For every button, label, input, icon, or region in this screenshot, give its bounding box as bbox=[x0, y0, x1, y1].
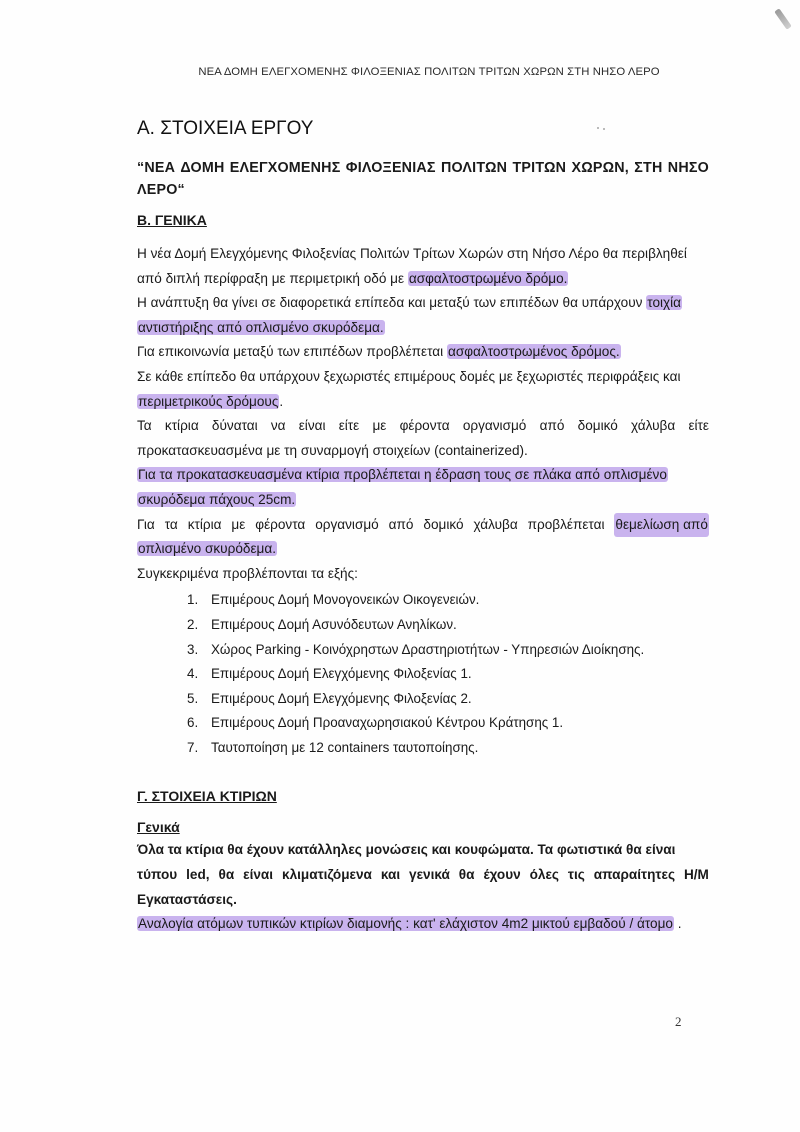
highlight: θεμελίωση από bbox=[614, 513, 708, 538]
list-item-text: Επιμέρους Δομή Μονογονεικών Οικογενειών. bbox=[211, 592, 479, 607]
document-body: Α. ΣΤΟΙΧΕΙΑ ΕΡΓΟΥ “ΝΕΑΔΟΜΗΕΛΕΓΧΟΜΕΝΗΣΦΙΛ… bbox=[137, 118, 709, 937]
facilities-list: 1.Επιμέρους Δομή Μονογονεικών Οικογενειώ… bbox=[137, 588, 709, 760]
word: ΝΗΣΟ bbox=[668, 157, 709, 179]
word: είναι bbox=[299, 414, 326, 439]
word: δομικό bbox=[423, 513, 463, 538]
list-item-text: Επιμέρους Δομή Προαναχωρησιακού Κέντρου … bbox=[211, 715, 563, 730]
list-item: 2.Επιμέρους Δομή Ασυνόδευτων Ανηλίκων. bbox=[137, 613, 709, 638]
word: και bbox=[381, 863, 400, 888]
word: είτε bbox=[339, 414, 360, 439]
word: προβλέπεται bbox=[528, 513, 605, 538]
word: θα bbox=[219, 863, 235, 888]
paragraph-2: Η ανάπτυξη θα γίνει σε διαφορετικά επίπε… bbox=[137, 291, 709, 340]
scan-artifact-mark bbox=[774, 8, 792, 29]
highlight: ασφαλτοστρωμένο δρόμο. bbox=[408, 271, 569, 286]
list-item: 4.Επιμέρους Δομή Ελεγχόμενης Φιλοξενίας … bbox=[137, 662, 709, 687]
highlight: τοιχία bbox=[646, 295, 682, 310]
word: δύναται bbox=[212, 414, 258, 439]
list-item-number: 7. bbox=[187, 736, 207, 761]
word: τύπου bbox=[137, 863, 177, 888]
list-item-text: Επιμέρους Δομή Ασυνόδευτων Ανηλίκων. bbox=[211, 617, 457, 632]
word: ΣΤΗ bbox=[634, 157, 662, 179]
list-item-number: 5. bbox=[187, 687, 207, 712]
occupancy-ratio: Αναλογία ατόμων τυπικών κτιρίων διαμονής… bbox=[137, 912, 709, 937]
list-item: 5.Επιμέρους Δομή Ελεγχόμενης Φιλοξενίας … bbox=[137, 687, 709, 712]
word: κτίρια bbox=[165, 414, 199, 439]
word: φέροντα bbox=[255, 513, 305, 538]
list-item: 3.Χώρος Parking - Κοινόχρηστων Δραστηριο… bbox=[137, 638, 709, 663]
word: led, bbox=[186, 863, 209, 888]
list-intro: Συγκεκριμένα προβλέπονται τα εξής: bbox=[137, 562, 709, 587]
word: οργανισμό bbox=[463, 414, 527, 439]
list-item-number: 2. bbox=[187, 613, 207, 638]
page-number: 2 bbox=[675, 1014, 682, 1030]
word: ΧΩΡΩΝ, bbox=[571, 157, 629, 179]
highlight: Για τα προκατασκευασμένα κτίρια προβλέπε… bbox=[137, 467, 668, 482]
list-item-text: Ταυτοποίηση με 12 containers ταυτοποίηση… bbox=[211, 740, 478, 755]
word: είναι bbox=[243, 863, 273, 888]
word: κλιματιζόμενα bbox=[282, 863, 372, 888]
word: να bbox=[271, 414, 286, 439]
word: οργανισμό bbox=[315, 513, 379, 538]
paragraph-4: Σε κάθε επίπεδο θα υπάρχουν ξεχωριστές ε… bbox=[137, 365, 709, 414]
word: φέροντα bbox=[400, 414, 450, 439]
highlight: οπλισμένο σκυρόδεμα. bbox=[137, 541, 277, 556]
section-g-heading: Γ. ΣΤΟΙΧΕΙΑ ΚΤΙΡΙΩΝ bbox=[137, 788, 709, 804]
buildings-line2: τύπουled,θαείναικλιματιζόμενακαιγενικάθα… bbox=[137, 863, 709, 888]
list-item-text: Επιμέρους Δομή Ελεγχόμενης Φιλοξενίας 2. bbox=[211, 691, 472, 706]
paragraph-7-line1: Γιατακτίριαμεφέρονταοργανισμόαπόδομικόχά… bbox=[137, 513, 709, 538]
word: από bbox=[540, 414, 565, 439]
section-a-heading: Α. ΣΤΟΙΧΕΙΑ ΕΡΓΟΥ bbox=[137, 118, 709, 140]
running-header: ΝΕΑ ΔΟΜΗ ΕΛΕΓΧΟΜΕΝΗΣ ΦΙΛΟΞΕΝΙΑΣ ΠΟΛΙΤΩΝ … bbox=[0, 66, 800, 78]
word: είτε bbox=[688, 414, 709, 439]
list-item: 6.Επιμέρους Δομή Προαναχωρησιακού Κέντρο… bbox=[137, 711, 709, 736]
list-item-text: Επιμέρους Δομή Ελεγχόμενης Φιλοξενίας 1. bbox=[211, 666, 472, 681]
word: ΕΛΕΓΧΟΜΕΝΗΣ bbox=[230, 157, 341, 179]
project-title-line2: ΛΕΡΟ“ bbox=[137, 179, 709, 201]
highlight: περιμετρικούς δρόμους bbox=[137, 394, 279, 409]
paragraph-3: Για επικοινωνία μεταξύ των επιπέδων προβ… bbox=[137, 340, 709, 365]
document-page: ΝΕΑ ΔΟΜΗ ΕΛΕΓΧΟΜΕΝΗΣ ΦΙΛΟΞΕΝΙΑΣ ΠΟΛΙΤΩΝ … bbox=[0, 0, 800, 1132]
list-item-number: 6. bbox=[187, 711, 207, 736]
list-item: 1.Επιμέρους Δομή Μονογονεικών Οικογενειώ… bbox=[137, 588, 709, 613]
word: “ΝΕΑ bbox=[137, 157, 175, 179]
word: ΔΟΜΗ bbox=[180, 157, 224, 179]
paragraph-6: Για τα προκατασκευασμένα κτίρια προβλέπε… bbox=[137, 463, 709, 512]
word: θα bbox=[459, 863, 475, 888]
highlight: σκυρόδεμα πάχους 25cm. bbox=[137, 492, 296, 507]
list-item-number: 3. bbox=[187, 638, 207, 663]
word: τις bbox=[568, 863, 585, 888]
highlight: Αναλογία ατόμων τυπικών κτιρίων διαμονής… bbox=[137, 916, 674, 931]
word: δομικό bbox=[578, 414, 618, 439]
paragraph-1: Η νέα Δομή Ελεγχόμενης Φιλοξενίας Πολιτώ… bbox=[137, 242, 709, 291]
word: χάλυβα bbox=[474, 513, 518, 538]
word: με bbox=[372, 414, 386, 439]
section-b-heading: Β. ΓΕΝΙΚΑ bbox=[137, 212, 709, 228]
word: χάλυβα bbox=[631, 414, 675, 439]
paragraph-5-line1: Τακτίριαδύναταιναείναιείτεμεφέρονταοργαν… bbox=[137, 414, 709, 439]
list-item: 7.Ταυτοποίηση με 12 containers ταυτοποίη… bbox=[137, 736, 709, 761]
paragraph-7-line2: οπλισμένο σκυρόδεμα. bbox=[137, 537, 709, 562]
buildings-line1: Όλα τα κτίρια θα έχουν κατάλληλες μονώσε… bbox=[137, 838, 709, 863]
project-title-line1: “ΝΕΑΔΟΜΗΕΛΕΓΧΟΜΕΝΗΣΦΙΛΟΞΕΝΙΑΣΠΟΛΙΤΩΝΤΡΙΤ… bbox=[137, 157, 709, 179]
word: από bbox=[389, 513, 414, 538]
word: όλες bbox=[530, 863, 559, 888]
buildings-line3: Εγκαταστάσεις. bbox=[137, 888, 709, 913]
word: Τα bbox=[137, 414, 152, 439]
word: Για bbox=[137, 513, 155, 538]
word: τα bbox=[165, 513, 178, 538]
list-item-number: 1. bbox=[187, 588, 207, 613]
word: ΤΡΙΤΩΝ bbox=[512, 157, 566, 179]
list-item-text: Χώρος Parking - Κοινόχρηστων Δραστηριοτή… bbox=[211, 642, 644, 657]
word: έχουν bbox=[483, 863, 520, 888]
word: ΦΙΛΟΞΕΝΙΑΣ bbox=[346, 157, 436, 179]
project-title: “ΝΕΑΔΟΜΗΕΛΕΓΧΟΜΕΝΗΣΦΙΛΟΞΕΝΙΑΣΠΟΛΙΤΩΝΤΡΙΤ… bbox=[137, 157, 709, 201]
paragraph-5-line2: προκατασκευασμένα με τη συναρμογή στοιχε… bbox=[137, 439, 709, 464]
word: με bbox=[231, 513, 245, 538]
word: Η/Μ bbox=[684, 863, 709, 888]
highlight: ασφαλτοστρωμένος δρόμος. bbox=[447, 344, 621, 359]
list-item-number: 4. bbox=[187, 662, 207, 687]
word: κτίρια bbox=[188, 513, 222, 538]
word: απαραίτητες bbox=[594, 863, 675, 888]
highlight: αντιστήριξης από οπλισμένο σκυρόδεμα. bbox=[137, 320, 385, 335]
general-subheading: Γενικά bbox=[137, 816, 709, 838]
word: γενικά bbox=[409, 863, 450, 888]
word: ΠΟΛΙΤΩΝ bbox=[441, 157, 507, 179]
